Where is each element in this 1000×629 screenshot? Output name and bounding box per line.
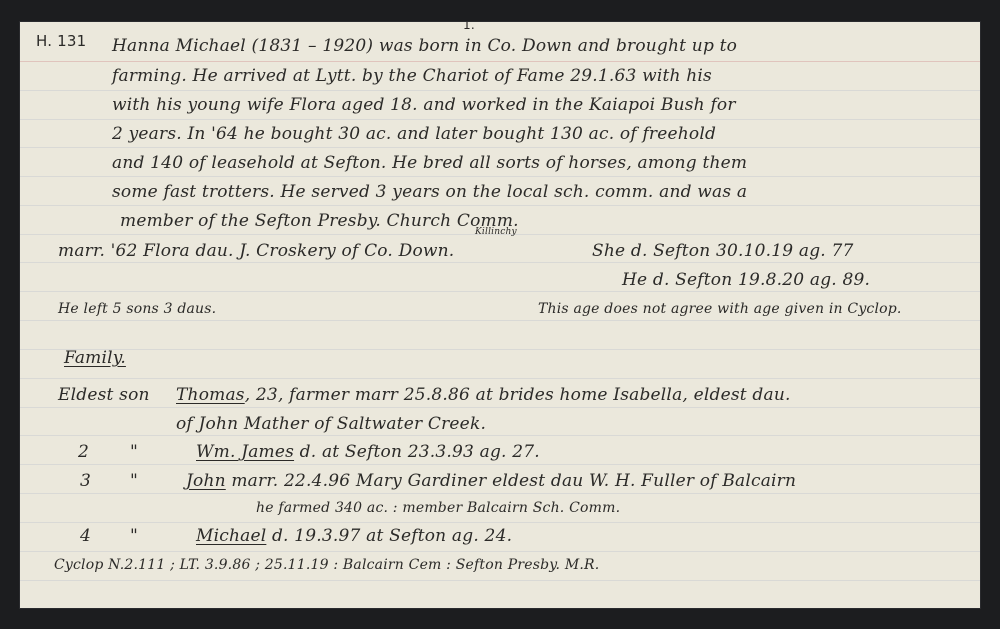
rule-line [20,407,980,408]
child-name: Thomas [176,385,245,405]
rule-line [20,147,980,148]
child-position: 4 [80,526,91,546]
husband-death: He d. Sefton 19.8.20 ag. 89. [622,270,870,290]
biography-line: 2 years. In '64 he bought 30 ac. and lat… [112,124,716,144]
child-name: Wm. James [196,442,294,462]
child-continuation: of John Mather of Saltwater Creek. [176,414,486,434]
rule-line [20,119,980,120]
rule-line [20,90,980,91]
rule-line [20,522,980,523]
child-position: 2 [78,442,89,462]
child-details: , 23, farmer marr 25.8.86 at brides home… [245,385,791,405]
child-entry: Wm. James d. at Sefton 23.3.93 ag. 27. [196,442,540,462]
rule-line [20,551,980,552]
rule-line [20,262,980,263]
ditto-mark: " [130,471,138,491]
biography-line: member of the Sefton Presby. Church Comm… [120,211,519,231]
child-entry: John marr. 22.4.96 Mary Gardiner eldest … [186,471,796,491]
rule-line [20,435,980,436]
rule-line [20,378,980,379]
rule-line [20,493,980,494]
marriage-insertion: Killinchy [475,227,517,237]
page-number: 1. [463,22,475,32]
biography-line: farming. He arrived at Lytt. by the Char… [112,66,712,86]
child-position: Eldest son [58,385,150,405]
child-details: marr. 22.4.96 Mary Gardiner eldest dau W… [226,471,796,491]
rule-line [20,205,980,206]
child-continuation: he farmed 340 ac. : member Balcairn Sch.… [256,500,620,516]
rule-line [20,291,980,292]
child-details: d. at Sefton 23.3.93 ag. 27. [294,442,540,462]
child-name: John [186,471,226,491]
biography-line: and 140 of leasehold at Sefton. He bred … [112,153,747,173]
rule-line [20,464,980,465]
rule-line [20,349,980,350]
biography-line: Hanna Michael (1831 – 1920) was born in … [112,36,737,56]
ditto-mark: " [130,442,138,462]
biography-line: some fast trotters. He served 3 years on… [112,182,747,202]
sources-line: Cyclop N.2.111 ; LT. 3.9.86 ; 25.11.19 :… [54,557,599,573]
rule-line [20,176,980,177]
child-position: 3 [80,471,91,491]
marriage-line: marr. '62 Flora dau. J. Croskery of Co. … [58,241,454,261]
age-note: This age does not agree with age given i… [538,301,902,317]
top-rule [20,61,980,62]
children-count: He left 5 sons 3 daus. [58,301,216,317]
child-name: Michael [196,526,266,546]
index-card: H. 131 1. Hanna Michael (1831 – 1920) wa… [20,22,980,608]
rule-line [20,320,980,321]
ditto-mark: " [130,526,138,546]
child-details: d. 19.3.97 at Sefton ag. 24. [266,526,512,546]
child-entry: Thomas, 23, farmer marr 25.8.86 at bride… [176,385,791,405]
child-entry: Michael d. 19.3.97 at Sefton ag. 24. [196,526,512,546]
family-heading: Family. [64,348,126,368]
wife-death: She d. Sefton 30.10.19 ag. 77 [592,241,854,261]
card-reference: H. 131 [36,32,86,50]
biography-line: with his young wife Flora aged 18. and w… [112,95,736,115]
rule-line [20,580,980,581]
